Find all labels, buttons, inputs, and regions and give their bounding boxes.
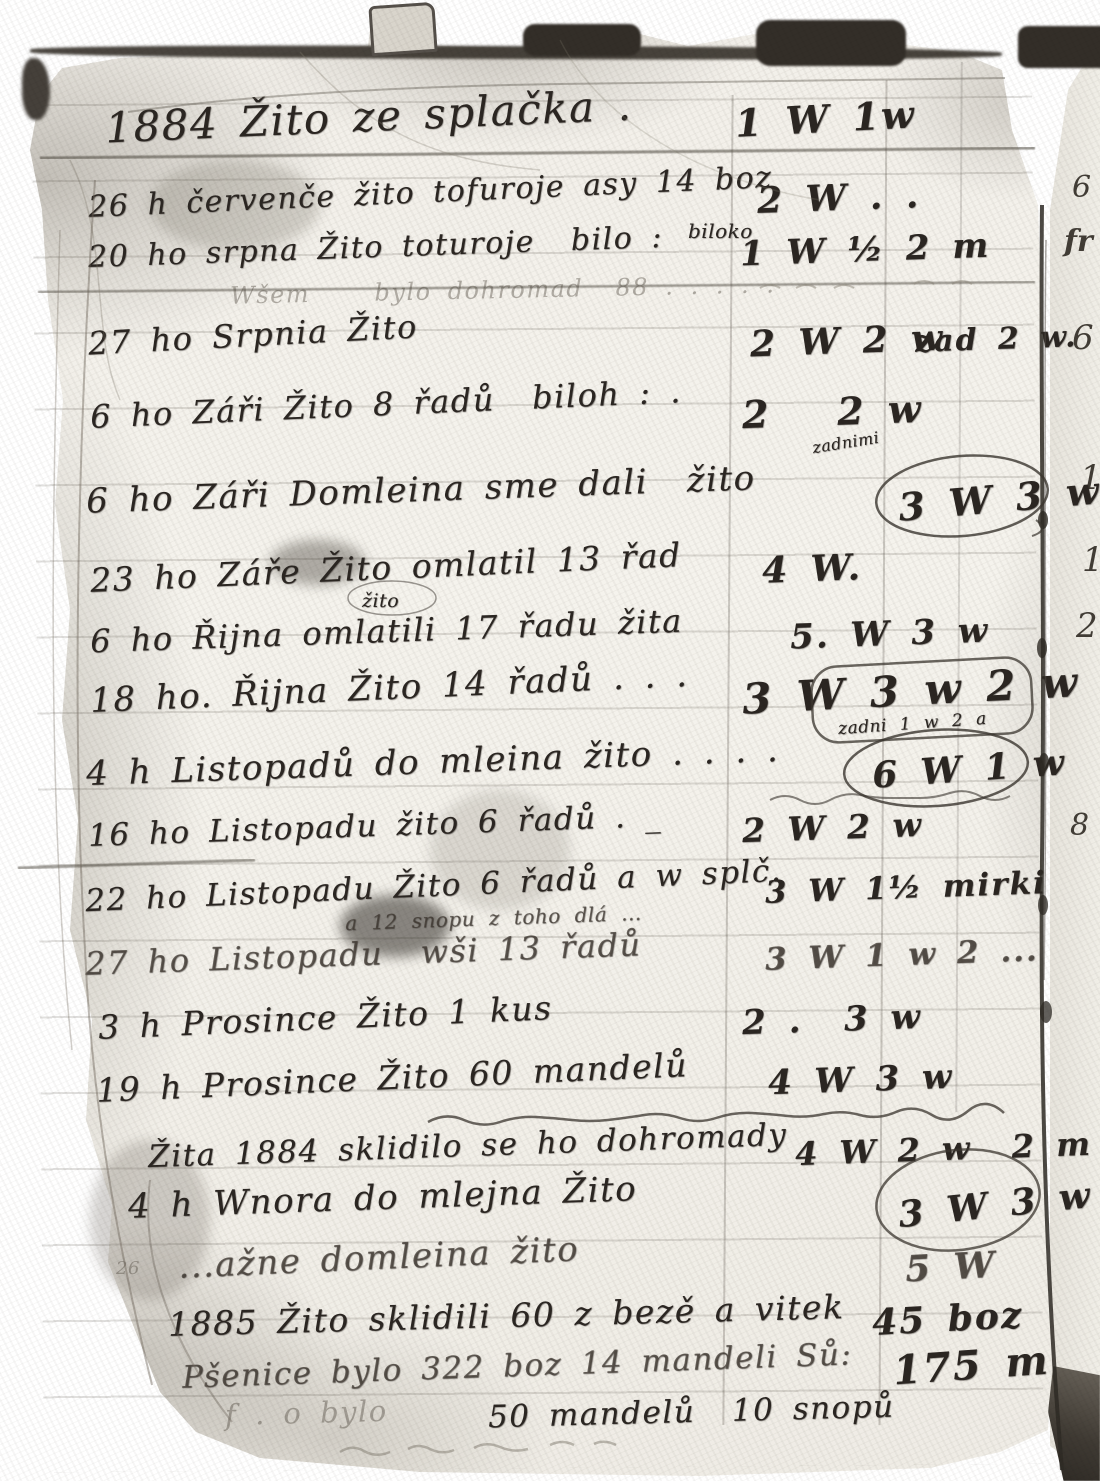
entry-text: 50 mandelů 10 snopů bbox=[488, 1389, 895, 1436]
torn-paper-flap bbox=[368, 2, 437, 56]
entry-amount-circled: 3 W 3 w bbox=[896, 467, 1100, 530]
year-heading: 1884 Žito ze splačka . bbox=[104, 81, 633, 153]
entry-amount-extra: zad 2 w. bbox=[914, 319, 1078, 360]
entry-amount: 45 boz bbox=[871, 1294, 1024, 1344]
ledger-entry: 4 h Listopadů do mleina žito . . . . 6 W… bbox=[0, 742, 1100, 802]
entry-amount-circled: 3 W 3 w bbox=[896, 1174, 1093, 1236]
ledger-entry: 4 h Wnora do mlejna Žito 3 W 3 w bbox=[0, 1178, 1100, 1238]
entry-amount: 1 W 1w bbox=[734, 91, 917, 145]
ledger-entry: f . o bylo 50 mandelů 10 snopů bbox=[0, 1396, 1100, 1456]
entry-amount: 3 W 1 w 2 ... bbox=[764, 932, 1039, 978]
ledger-entry: 16 ho Listopadu žito 6 řadů . _ 2 W 2 w bbox=[0, 808, 1100, 868]
entry-amount: 1 W ½ 2 m bbox=[739, 226, 991, 275]
entry-amount: 4 W 3 w bbox=[767, 1057, 954, 1103]
scanned-document: 6 fr 6 1 1 2 8 1884 Žito ze splačka . 1 … bbox=[0, 0, 1100, 1481]
entry-amount: 5 W bbox=[904, 1244, 997, 1291]
margin-number: 26 bbox=[116, 1258, 140, 1279]
entry-amount: 2 2 w bbox=[741, 386, 923, 437]
ledger-entry: 1884 Žito ze splačka . 1 W 1w bbox=[0, 92, 1100, 152]
entry-amount: 2 . 3 w bbox=[741, 997, 922, 1043]
entry-text: ...ažne domleina žito bbox=[177, 1229, 580, 1286]
ledger-entry: 3 h Prosince Žito 1 kus 2 . 3 w bbox=[0, 998, 1100, 1058]
entry-text-faded: Wšem bylo dohromad 88 . . . . . bbox=[230, 270, 776, 309]
entry-amount: 2 W . . bbox=[756, 174, 921, 222]
entry-amount: 5. W 3 w bbox=[789, 611, 989, 658]
entry-inserted-word: žito bbox=[362, 590, 399, 612]
entry-text: 1885 Žito sklidili 60 z bezě a vitek bbox=[168, 1287, 845, 1344]
ledger-entry: 6 ho Záři Žito 8 řadů biloh : . 2 2 w za… bbox=[0, 385, 1100, 445]
ledger-entry: 27 ho Listopadu wši 13 řadů 3 W 1 w 2 ..… bbox=[0, 935, 1100, 995]
ledger-entry: 18 ho. Řijna Žito 14 řadů . . . 3 W 3 w … bbox=[0, 668, 1100, 728]
ledger-entry: 23 ho Záře Žito omlatil 13 řad 4 W. bbox=[0, 548, 1100, 608]
entry-amount: 3 W 1½ mirki bbox=[764, 865, 1047, 911]
entry-amount-circled: 6 W 1 w bbox=[871, 741, 1068, 796]
ledger-entry: 22 ho Listopadu Žito 6 řadů a w splč. 3 … bbox=[0, 868, 1100, 928]
torn-paper-lump bbox=[523, 24, 641, 56]
ledger-entry: 27 ho Srpnia Žito 2 W 2 w zad 2 w. bbox=[0, 316, 1100, 376]
entry-amount: 2 W 2 w bbox=[741, 805, 923, 850]
torn-paper-lump bbox=[1018, 26, 1100, 68]
entry-amount: 4 W 2 w 2 m bbox=[794, 1125, 1092, 1173]
ledger-entry: 19 h Prosince Žito 60 mandelů 4 W 3 w bbox=[0, 1058, 1100, 1118]
entry-amount: 175 m bbox=[892, 1337, 1052, 1395]
torn-paper-lump bbox=[756, 20, 906, 66]
entry-amount: 4 W. bbox=[761, 546, 862, 591]
entry-text-faded: f . o bylo bbox=[225, 1394, 389, 1432]
ledger-entry: 6 ho Záři Domleina sme dali žito 3 W 3 w bbox=[0, 470, 1100, 530]
entry-text: 27 ho Srpnia Žito bbox=[87, 307, 418, 362]
entry-text: 4 h Wnora do mlejna Žito bbox=[127, 1169, 637, 1227]
ledger-entry: ...ažne domleina žito 5 W bbox=[0, 1238, 1100, 1298]
